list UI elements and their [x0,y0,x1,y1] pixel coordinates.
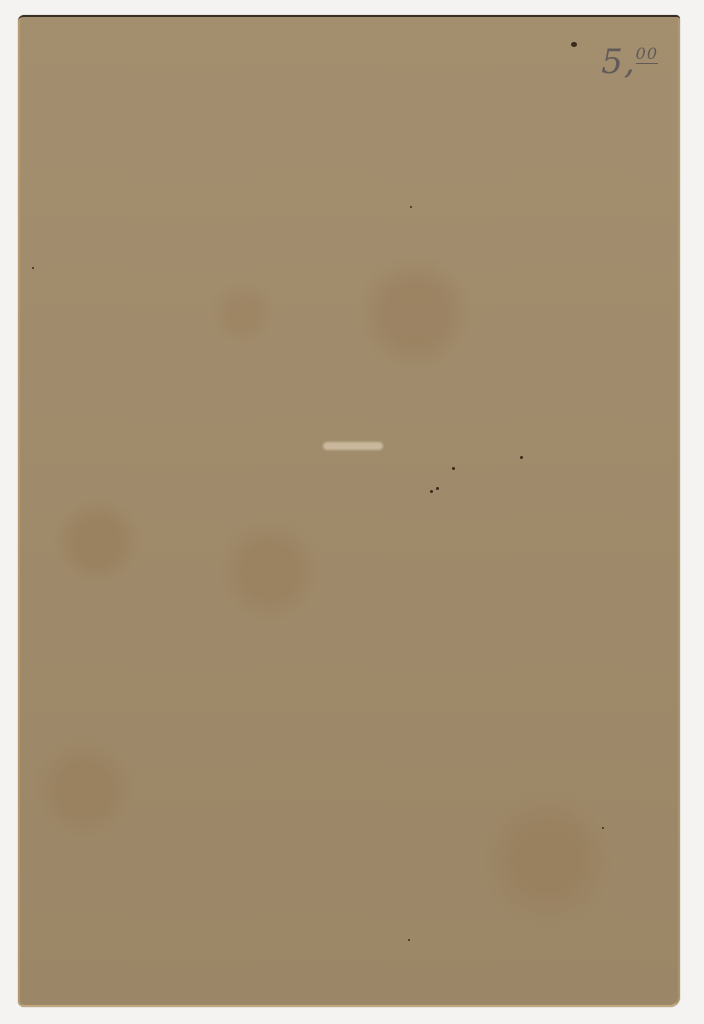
surface-scuff [323,442,383,450]
pencil-price-note: 5,00 [601,45,658,79]
speck [430,490,433,493]
speck [436,487,439,490]
speck [452,467,455,470]
speck [571,42,577,47]
scan-background: 5,00 [0,0,704,1024]
speck [32,267,34,269]
speck [520,456,523,459]
pencil-note-main: 5, [601,42,635,82]
speck [410,206,412,208]
speck [602,827,604,829]
card-back: 5,00 [18,15,680,1007]
speck [408,939,410,941]
pencil-note-superscript: 00 [636,44,658,64]
